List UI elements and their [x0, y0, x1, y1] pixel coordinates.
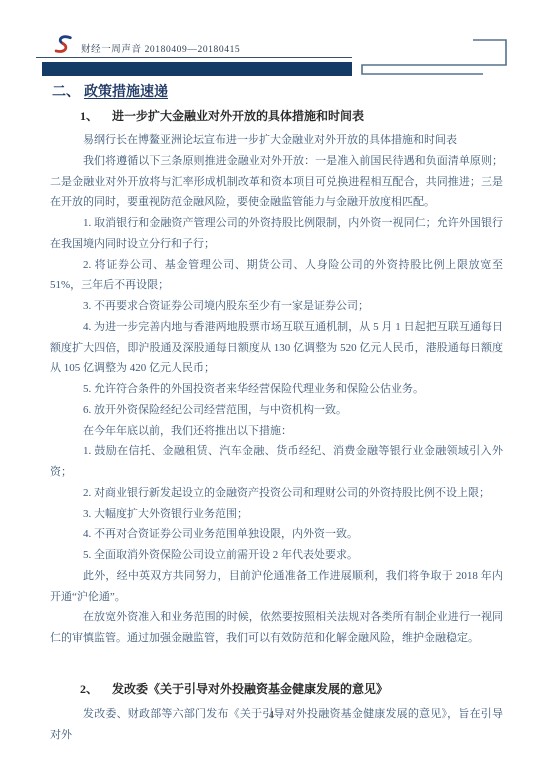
item2-number: 2、	[80, 682, 98, 696]
paragraph: 3. 大幅度扩大外资银行业务范围；	[50, 504, 503, 525]
paragraph: 1. 取消银行和金融资产管理公司的外资持股比例限制，内外资一视同仁；允许外国银行…	[50, 213, 503, 255]
paragraph: 6. 放开外资保险经纪公司经营范围，与中资机构一致。	[50, 400, 503, 421]
paragraph: 2. 对商业银行新发起设立的金融资产投资公司和理财公司的外资持股比例不设上限；	[50, 483, 503, 504]
page-header: 财经一周声音 20180409—20180415	[52, 34, 240, 56]
paragraph: 此外，经中英双方共同努力，目前沪伦通准备工作进展顺利，我们将争取于 2018 年…	[50, 566, 503, 608]
paragraph: 易纲行长在博鳌亚洲论坛宣布进一步扩大金融业对外开放的具体措施和时间表	[50, 130, 503, 151]
section-number: 二、	[52, 85, 80, 100]
paragraph: 1. 鼓励在信托、金融租赁、汽车金融、货币经纪、消费金融等银行业金融领域引入外资…	[50, 441, 503, 483]
page-number: 4	[0, 710, 543, 721]
paragraph: 2. 将证券公司、基金管理公司、期货公司、人身险公司的外资持股比例上限放宽至 5…	[50, 255, 503, 297]
report-header-title: 财经一周声音 20180409—20180415	[81, 41, 240, 56]
section-title: 政策措施速递	[84, 85, 168, 100]
item1-heading: 1、进一步扩大金融业对外开放的具体措施和时间表	[80, 108, 503, 124]
brand-logo-icon	[52, 34, 74, 56]
paragraph: 5. 允许符合条件的外国投资者来华经营保险代理业务和保险公估业务。	[50, 379, 503, 400]
paragraph: 在放宽外资准入和业务范围的时候，依然要按照相关法规对各类所有制企业进行一视同仁的…	[50, 607, 503, 649]
document-body: 二、政策措施速递 1、进一步扩大金融业对外开放的具体措施和时间表 易纲行长在博鳌…	[50, 84, 503, 745]
section-heading: 二、政策措施速递	[52, 84, 503, 102]
header-decor-line	[360, 37, 510, 77]
paragraph: 3. 不再要求合资证券公司境内股东至少有一家是证券公司；	[50, 296, 503, 317]
paragraph: 在今年年底以前，我们还将推出以下措施：	[50, 421, 503, 442]
item2-title: 发改委《关于引导对外投融资基金健康发展的意见》	[112, 682, 388, 696]
item1-title: 进一步扩大金融业对外开放的具体措施和时间表	[112, 109, 364, 123]
item1-number: 1、	[80, 109, 98, 123]
paragraph: 4. 为进一步完善内地与香港两地股票市场互联互通机制，从 5 月 1 日起把互联…	[50, 317, 503, 379]
header-rule	[36, 57, 352, 58]
item2-heading: 2、发改委《关于引导对外投融资基金健康发展的意见》	[80, 681, 503, 697]
paragraph: 我们将遵循以下三条原则推进金融业对外开放：一是准入前国民待遇和负面清单原则；二是…	[50, 151, 503, 213]
header-navy-bar	[42, 62, 352, 76]
paragraph: 5. 全面取消外资保险公司设立前需开设 2 年代表处要求。	[50, 545, 503, 566]
paragraph: 4. 不再对合资证券公司业务范围单独设限，内外资一致。	[50, 524, 503, 545]
